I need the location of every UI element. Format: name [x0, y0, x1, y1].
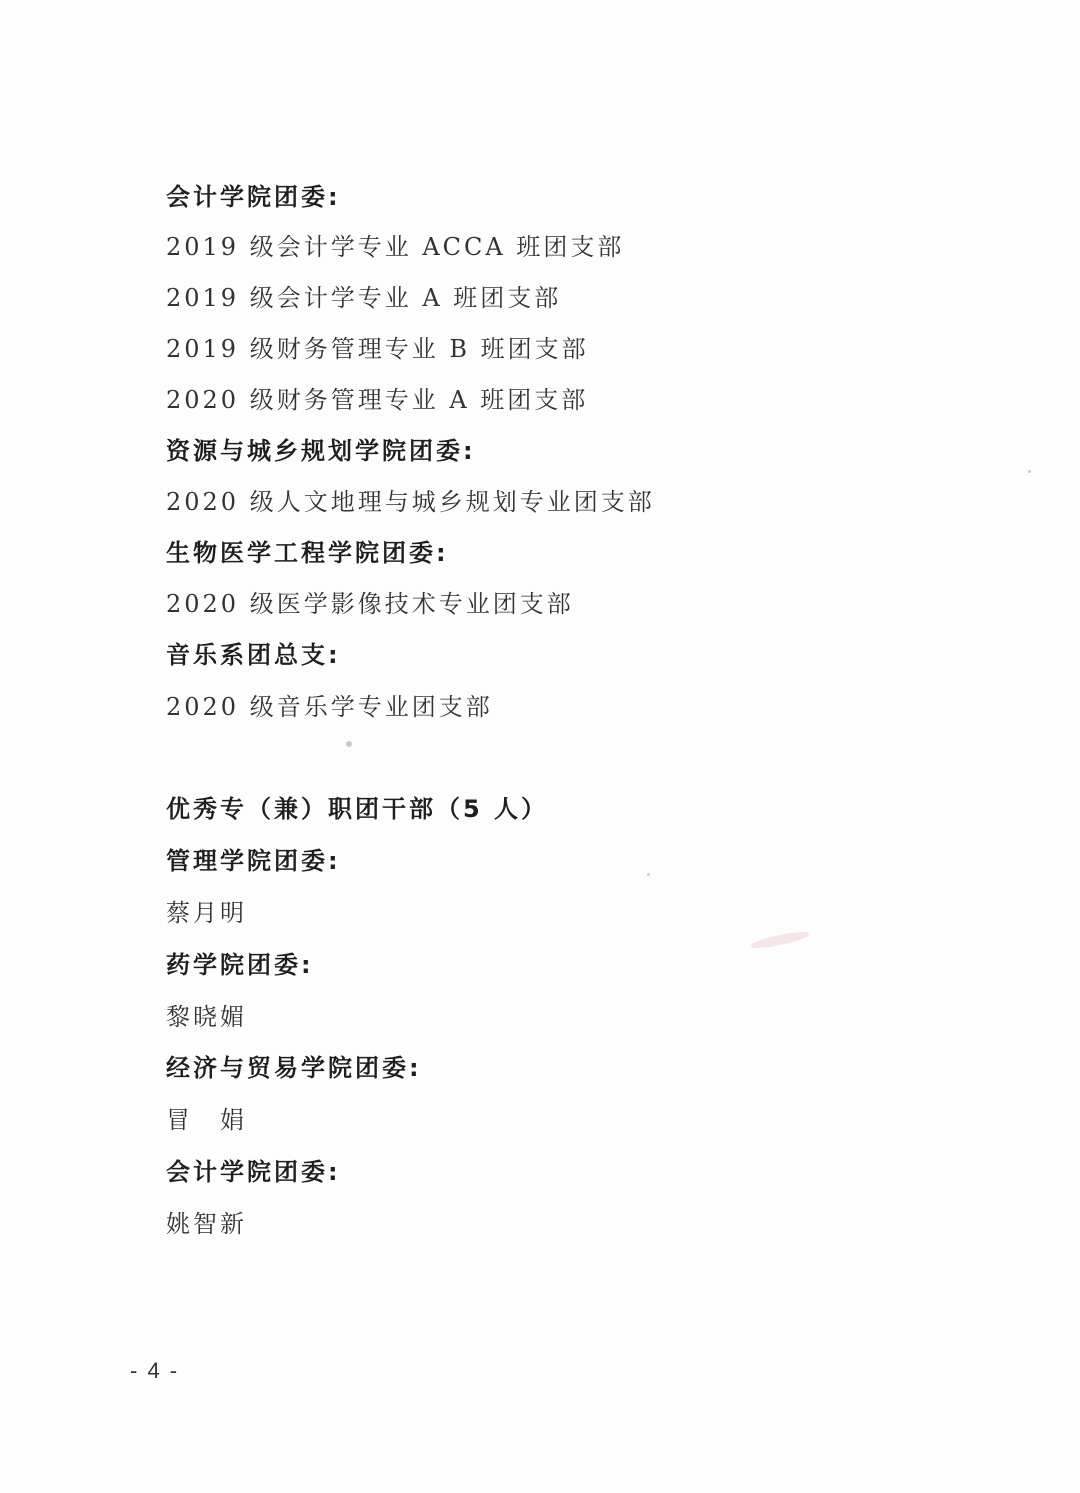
- list-item-branch: 2020 级财务管理专业 A 班团支部: [166, 385, 588, 415]
- section-heading-accounting-league: 会计学院团委:: [166, 182, 341, 212]
- section-heading-music-league: 音乐系团总支:: [166, 640, 341, 670]
- list-item-branch: 2020 级音乐学专业团支部: [166, 692, 493, 722]
- list-item-branch: 2019 级财务管理专业 B 班团支部: [166, 334, 589, 364]
- list-item-person: 蔡月明: [166, 898, 247, 928]
- category-title-excellent-cadres: 优秀专（兼）职团干部（5 人）: [166, 794, 548, 824]
- scan-speck: [346, 741, 352, 747]
- section-heading-pharmacy-league: 药学院团委:: [166, 950, 314, 980]
- list-item-person: 黎晓媚: [166, 1002, 247, 1032]
- section-heading-urban-planning-league: 资源与城乡规划学院团委:: [166, 436, 476, 466]
- list-item-branch: 2019 级会计学专业 ACCA 班团支部: [166, 232, 624, 262]
- section-heading-economics-league: 经济与贸易学院团委:: [166, 1053, 422, 1083]
- section-heading-accounting-league-2: 会计学院团委:: [166, 1157, 341, 1187]
- scan-speck: [1028, 470, 1031, 473]
- scan-speck: [647, 873, 650, 876]
- list-item-person: 冒 娟: [166, 1105, 247, 1135]
- list-item-person: 姚智新: [166, 1209, 247, 1239]
- page-number: - 4 -: [130, 1358, 179, 1384]
- list-item-branch: 2020 级人文地理与城乡规划专业团支部: [166, 487, 655, 517]
- faint-stamp-mark: [750, 929, 811, 951]
- list-item-branch: 2019 级会计学专业 A 班团支部: [166, 283, 561, 313]
- section-heading-biomedical-league: 生物医学工程学院团委:: [166, 538, 449, 568]
- document-page: 会计学院团委: 2019 级会计学专业 ACCA 班团支部 2019 级会计学专…: [0, 0, 1080, 1493]
- section-heading-management-league: 管理学院团委:: [166, 846, 341, 876]
- list-item-branch: 2020 级医学影像技术专业团支部: [166, 589, 574, 619]
